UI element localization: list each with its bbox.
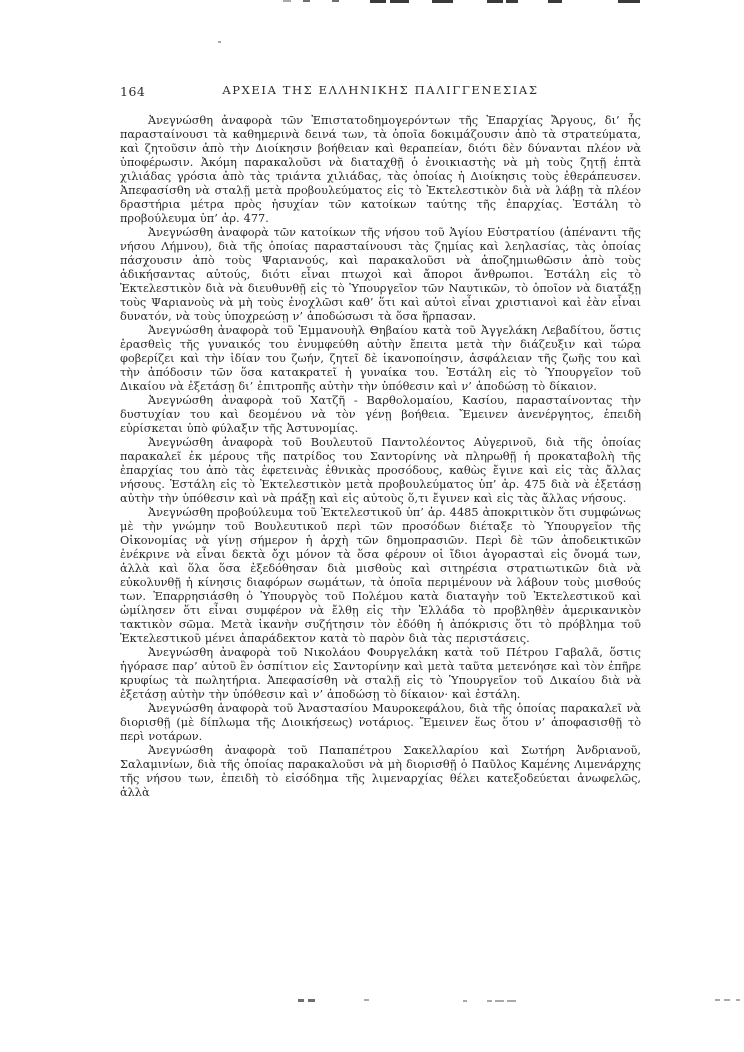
scan-artifact — [218, 41, 221, 43]
paragraph-mavrokefalos: Ἀνεγνώσθη ἀναφορὰ τοῦ Ἀναστασίου Μαυροκε… — [120, 702, 641, 744]
scan-artifact — [506, 0, 518, 3]
page-number: 164 — [120, 84, 145, 99]
page-header: 164 ΑΡΧΕΙΑ ΤΗΣ ΕΛΛΗΝΙΚΗΣ ΠΑΛΙΓΓΕΝΕΣΙΑΣ — [120, 83, 641, 99]
scan-artifact — [487, 1000, 492, 1002]
scan-artifact — [332, 0, 339, 2]
scan-artifact — [618, 0, 640, 3]
paragraph-provoulevma-4485: Ἀνεγνώσθη προβούλευμα τοῦ Ἐκτελεστικοῦ ὑ… — [120, 506, 641, 646]
scan-artifact — [548, 0, 562, 3]
paragraph-fourgelakis: Ἀνεγνώσθη ἀναφορὰ τοῦ Νικολάου Φουργελάκ… — [120, 646, 641, 702]
scan-artifact — [370, 0, 386, 3]
scan-artifact — [715, 999, 720, 1001]
scan-artifact — [495, 1000, 504, 1002]
scan-artifact — [507, 1000, 516, 1002]
paragraph-argos-report: Ἀνεγνώσθη ἀναφορὰ τῶν Ἐπιστατοδημογερόντ… — [120, 114, 641, 226]
paragraph-sakellarios: Ἀνεγνώσθη ἀναφορὰ τοῦ Παπαπέτρου Σακελλα… — [120, 744, 641, 800]
scan-artifact — [736, 999, 740, 1001]
scan-artifact — [283, 0, 291, 2]
scan-artifact — [463, 1000, 467, 1002]
paragraph-agios-efstratios: Ἀνεγνώσθη ἀναφορὰ τῶν κατοίκων τῆς νήσου… — [120, 226, 641, 324]
scan-artifact — [390, 0, 409, 3]
paragraph-emmanouil-thivaios: Ἀνεγνώσθη ἀναφορὰ τοῦ Ἐμμανουὴλ Θηβαίου … — [120, 324, 641, 394]
paragraph-avgerinos: Ἀνεγνώσθη ἀναφορὰ τοῦ Βουλευτοῦ Παντολέο… — [120, 436, 641, 506]
scan-artifact — [303, 0, 310, 2]
paragraph-hatzi-vartholomaios: Ἀνεγνώσθη ἀναφορὰ τοῦ Χατζῆ - Βαρθολομαί… — [120, 394, 641, 436]
scanned-document-page: 164 ΑΡΧΕΙΑ ΤΗΣ ΕΛΛΗΝΙΚΗΣ ΠΑΛΙΓΓΕΝΕΣΙΑΣ Ἀ… — [0, 0, 744, 1052]
scan-artifact — [308, 999, 315, 1002]
scan-artifact — [724, 999, 730, 1001]
text-block: Ἀνεγνώσθη ἀναφορὰ τῶν Ἐπιστατοδημογερόντ… — [120, 114, 641, 800]
running-title: ΑΡΧΕΙΑ ΤΗΣ ΕΛΛΗΝΙΚΗΣ ΠΑΛΙΓΓΕΝΕΣΙΑΣ — [120, 83, 641, 97]
scan-artifact — [298, 999, 304, 1002]
scan-artifact — [432, 0, 453, 3]
scan-artifact — [364, 999, 369, 1001]
scan-artifact — [487, 0, 503, 3]
